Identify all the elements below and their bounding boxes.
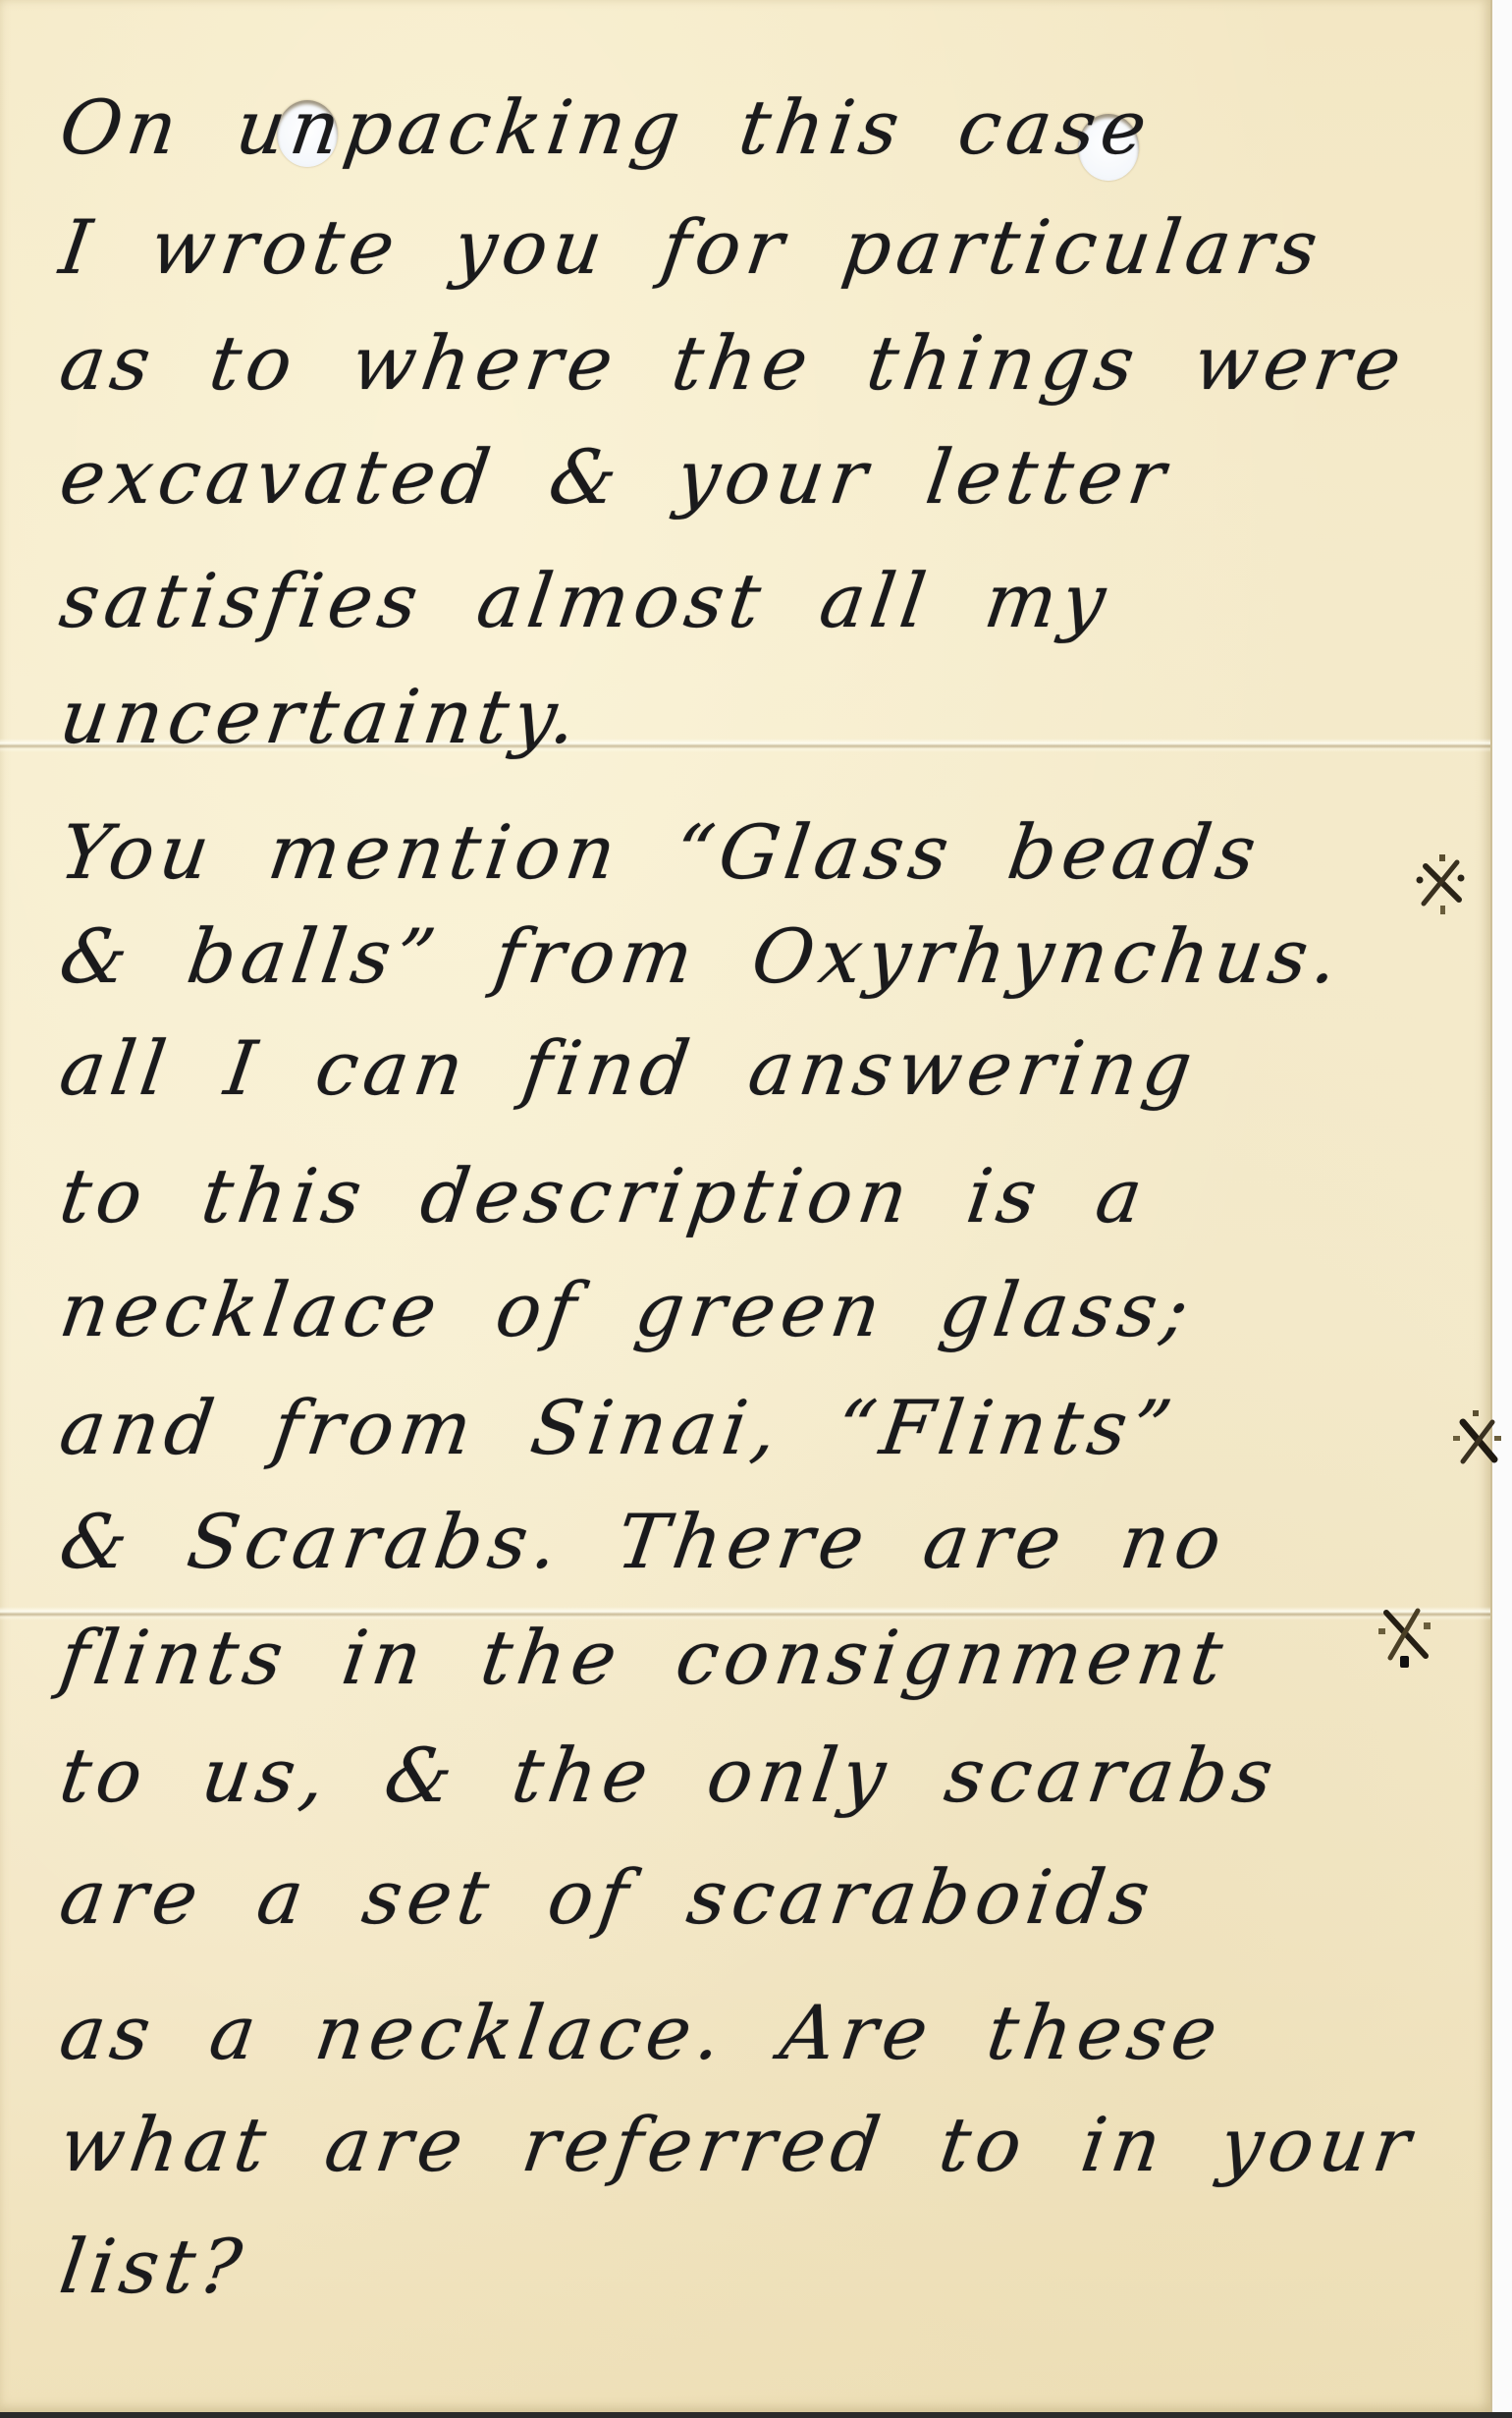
letter-line: uncertainty. [56, 680, 587, 754]
letter-line: are a set of scaraboids [56, 1860, 1161, 1935]
letter-line: & balls” from Oxyrhynchus. [56, 919, 1348, 994]
letter-line: excavated & your letter [56, 440, 1176, 515]
letter-line: to us, & the only scarabs [56, 1738, 1283, 1813]
letter-line: satisfies almost all my [56, 564, 1116, 638]
letter-line: as to where the things were [56, 326, 1412, 401]
x-mark-icon [1378, 1607, 1431, 1670]
letter-body: On unpacking this case I wrote you for p… [0, 0, 1490, 2412]
letter-line: & Scarabs. There are no [56, 1505, 1232, 1579]
letter-line: You mention “Glass beads [56, 815, 1267, 890]
letter-line: all I can find answering [56, 1031, 1203, 1106]
scan-bottom-edge [0, 2412, 1512, 2418]
letter-line: I wrote you for particulars [56, 210, 1327, 285]
letter-line: list? [56, 2229, 252, 2304]
x-mark-icon [1414, 852, 1467, 915]
letter-line: necklace of green glass; [56, 1273, 1200, 1347]
x-mark-icon [1451, 1410, 1504, 1473]
scan-background-edge [1492, 0, 1512, 2418]
letter-line: flints in the consignment [56, 1621, 1233, 1695]
letter-line: what are referred to in your [56, 2108, 1421, 2182]
letter-line: On unpacking this case [56, 90, 1157, 165]
letter-line: as a necklace. Are these [56, 1996, 1227, 2070]
letter-line: to this description is a [56, 1159, 1153, 1234]
letter-line: and from Sinai, “Flints” [56, 1391, 1182, 1465]
